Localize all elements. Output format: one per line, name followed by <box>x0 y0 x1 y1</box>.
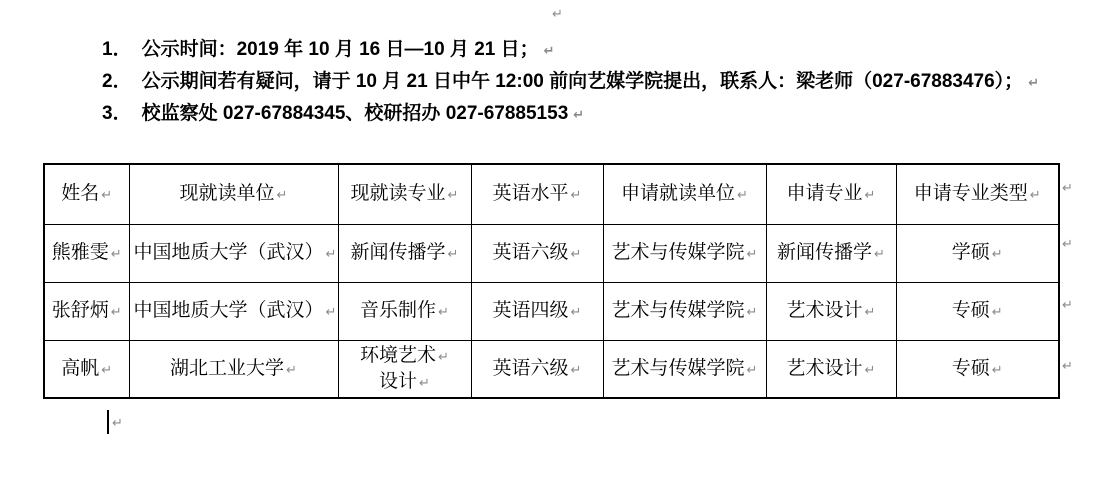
cell-end-mark: ↵ <box>747 247 758 262</box>
cell-text: 高帆 <box>61 358 99 379</box>
cell-end-mark: ↵ <box>111 305 122 320</box>
row-end-mark: ↵ <box>1062 360 1073 373</box>
table-cell[interactable]: 艺术与传媒学院↵ <box>603 224 766 282</box>
cell-text: 英语六级 <box>493 242 569 263</box>
table-cell[interactable]: 专硕↵ <box>896 282 1059 340</box>
cell-text: 英语六级 <box>493 358 569 379</box>
table-cell[interactable]: 英语四级↵ <box>471 282 603 340</box>
cell-end-mark: ↵ <box>101 188 112 203</box>
table-cell[interactable]: 英语六级↵ <box>471 224 603 282</box>
table-cell[interactable]: 高帆↵ <box>44 340 129 398</box>
cell-text: 申请就读单位 <box>621 183 735 204</box>
cell-text: 艺术与传媒学院 <box>612 358 745 379</box>
cell-end-mark: ↵ <box>419 376 430 391</box>
note-line-2[interactable]: 2．公示期间若有疑问，请于 10 月 21 日中午 12:00 前向艺媒学院提出… <box>102 66 1062 98</box>
cell-text: 申请专业 <box>787 183 863 204</box>
cell-text: 学硕 <box>952 242 990 263</box>
note-number: 3． <box>102 98 132 130</box>
cell-end-mark: ↵ <box>571 363 582 378</box>
cell-end-mark: ↵ <box>992 247 1003 262</box>
cell-end-mark: ↵ <box>448 247 459 262</box>
cell-text: 艺术与传媒学院 <box>612 242 745 263</box>
cell-text: 环境艺术 <box>360 345 436 366</box>
cell-end-mark: ↵ <box>992 305 1003 320</box>
table-cell[interactable]: 湖北工业大学↵ <box>129 340 338 398</box>
note-line-1[interactable]: 1．公示时间：2019 年 10 月 16 日—10 月 21 日；↵ <box>102 34 1062 66</box>
notes-list: 1．公示时间：2019 年 10 月 16 日—10 月 21 日；↵ 2．公示… <box>102 34 1062 130</box>
cell-text: 专硕 <box>952 300 990 321</box>
cell-text: 设计 <box>379 371 417 392</box>
cell-text: 艺术设计 <box>787 358 863 379</box>
cell-text: 张舒炳 <box>52 300 109 321</box>
table-cell[interactable]: 英语六级↵ <box>471 340 603 398</box>
table-row: 张舒炳↵中国地质大学（武汉）↵音乐制作↵英语四级↵艺术与传媒学院↵艺术设计↵专硕… <box>44 282 1059 340</box>
cell-end-mark: ↵ <box>865 363 876 378</box>
table-cell[interactable]: 中国地质大学（武汉）↵ <box>129 224 338 282</box>
cell-end-mark: ↵ <box>438 305 449 320</box>
cell-text: 现就读单位 <box>180 183 275 204</box>
cell-end-mark: ↵ <box>865 305 876 320</box>
row-end-mark: ↵ <box>1062 238 1073 251</box>
column-header[interactable]: 现就读专业↵ <box>338 164 471 224</box>
paragraph-mark: ↵ <box>544 44 555 59</box>
paragraph-mark: ↵ <box>573 108 584 123</box>
cell-end-mark: ↵ <box>1030 188 1041 203</box>
table-body: 熊雅雯↵中国地质大学（武汉）↵新闻传播学↵英语六级↵艺术与传媒学院↵新闻传播学↵… <box>44 224 1059 398</box>
cell-text: 艺术设计 <box>787 300 863 321</box>
cell-text: 专硕 <box>952 358 990 379</box>
table-cell[interactable]: 音乐制作↵ <box>338 282 471 340</box>
column-header[interactable]: 现就读单位↵ <box>129 164 338 224</box>
cell-end-mark: ↵ <box>737 188 748 203</box>
table-cell[interactable]: 艺术与传媒学院↵ <box>603 340 766 398</box>
table-cell[interactable]: 中国地质大学（武汉）↵ <box>129 282 338 340</box>
note-number: 1． <box>102 34 132 66</box>
cell-end-mark: ↵ <box>277 188 288 203</box>
cell-end-mark: ↵ <box>438 350 449 365</box>
table-cell[interactable]: 熊雅雯↵ <box>44 224 129 282</box>
column-header[interactable]: 英语水平↵ <box>471 164 603 224</box>
cell-end-mark: ↵ <box>874 247 885 262</box>
table-cell[interactable]: 艺术设计↵ <box>766 282 896 340</box>
cell-end-mark: ↵ <box>101 363 112 378</box>
column-header[interactable]: 姓名↵ <box>44 164 129 224</box>
table-cell[interactable]: 新闻传播学↵ <box>766 224 896 282</box>
table-cell[interactable]: 艺术与传媒学院↵ <box>603 282 766 340</box>
cell-text: 申请专业类型 <box>914 183 1028 204</box>
cell-text: 现就读专业 <box>351 183 446 204</box>
cell-end-mark: ↵ <box>571 247 582 262</box>
cell-text: 中国地质大学（武汉） <box>134 242 324 263</box>
cell-end-mark: ↵ <box>111 247 122 262</box>
cell-end-mark: ↵ <box>286 363 297 378</box>
cell-end-mark: ↵ <box>571 305 582 320</box>
cell-end-mark: ↵ <box>326 305 337 320</box>
document-page: ↵ 1．公示时间：2019 年 10 月 16 日—10 月 21 日；↵ 2．… <box>0 0 1116 479</box>
paragraph-mark: ↵ <box>112 417 123 430</box>
applicants-table: 姓名↵现就读单位↵现就读专业↵英语水平↵申请就读单位↵申请专业↵申请专业类型↵ … <box>43 163 1060 399</box>
cell-text: 姓名 <box>61 183 99 204</box>
table-cell[interactable]: 专硕↵ <box>896 340 1059 398</box>
cell-text: 熊雅雯 <box>52 242 109 263</box>
note-text: 校监察处 027-67884345、校研招办 027-67885153 <box>142 103 569 124</box>
cell-text: 艺术与传媒学院 <box>612 300 745 321</box>
cell-end-mark: ↵ <box>747 305 758 320</box>
text-caret[interactable] <box>107 410 109 434</box>
table-cell[interactable]: 张舒炳↵ <box>44 282 129 340</box>
column-header[interactable]: 申请专业↵ <box>766 164 896 224</box>
cell-text: 音乐制作 <box>360 300 436 321</box>
cell-text: 英语水平 <box>493 183 569 204</box>
note-text: 公示期间若有疑问，请于 10 月 21 日中午 12:00 前向艺媒学院提出，联… <box>142 71 1024 92</box>
cell-text: 湖北工业大学 <box>170 358 284 379</box>
table-cell[interactable]: 环境艺术↵设计↵ <box>338 340 471 398</box>
column-header[interactable]: 申请专业类型↵ <box>896 164 1059 224</box>
table-header-row: 姓名↵现就读单位↵现就读专业↵英语水平↵申请就读单位↵申请专业↵申请专业类型↵ <box>44 164 1059 224</box>
cell-end-mark: ↵ <box>992 363 1003 378</box>
table-cell[interactable]: 新闻传播学↵ <box>338 224 471 282</box>
cell-end-mark: ↵ <box>865 188 876 203</box>
table-row: 熊雅雯↵中国地质大学（武汉）↵新闻传播学↵英语六级↵艺术与传媒学院↵新闻传播学↵… <box>44 224 1059 282</box>
paragraph-mark: ↵ <box>1028 76 1039 91</box>
cell-end-mark: ↵ <box>571 188 582 203</box>
cell-text: 中国地质大学（武汉） <box>134 300 324 321</box>
cell-text: 英语四级 <box>493 300 569 321</box>
cell-text: 新闻传播学 <box>777 242 872 263</box>
row-end-mark: ↵ <box>1062 182 1073 195</box>
note-text: 公示时间：2019 年 10 月 16 日—10 月 21 日； <box>142 39 539 60</box>
paragraph-mark: ↵ <box>552 8 563 21</box>
table-row: 高帆↵湖北工业大学↵环境艺术↵设计↵英语六级↵艺术与传媒学院↵艺术设计↵专硕↵ <box>44 340 1059 398</box>
table-cell[interactable]: 学硕↵ <box>896 224 1059 282</box>
cell-end-mark: ↵ <box>747 363 758 378</box>
note-line-3[interactable]: 3．校监察处 027-67884345、校研招办 027-67885153↵ <box>102 98 1062 130</box>
column-header[interactable]: 申请就读单位↵ <box>603 164 766 224</box>
cell-end-mark: ↵ <box>448 188 459 203</box>
table-cell[interactable]: 艺术设计↵ <box>766 340 896 398</box>
row-end-mark: ↵ <box>1062 299 1073 312</box>
note-number: 2． <box>102 66 132 98</box>
cell-end-mark: ↵ <box>326 247 337 262</box>
cell-text: 新闻传播学 <box>351 242 446 263</box>
